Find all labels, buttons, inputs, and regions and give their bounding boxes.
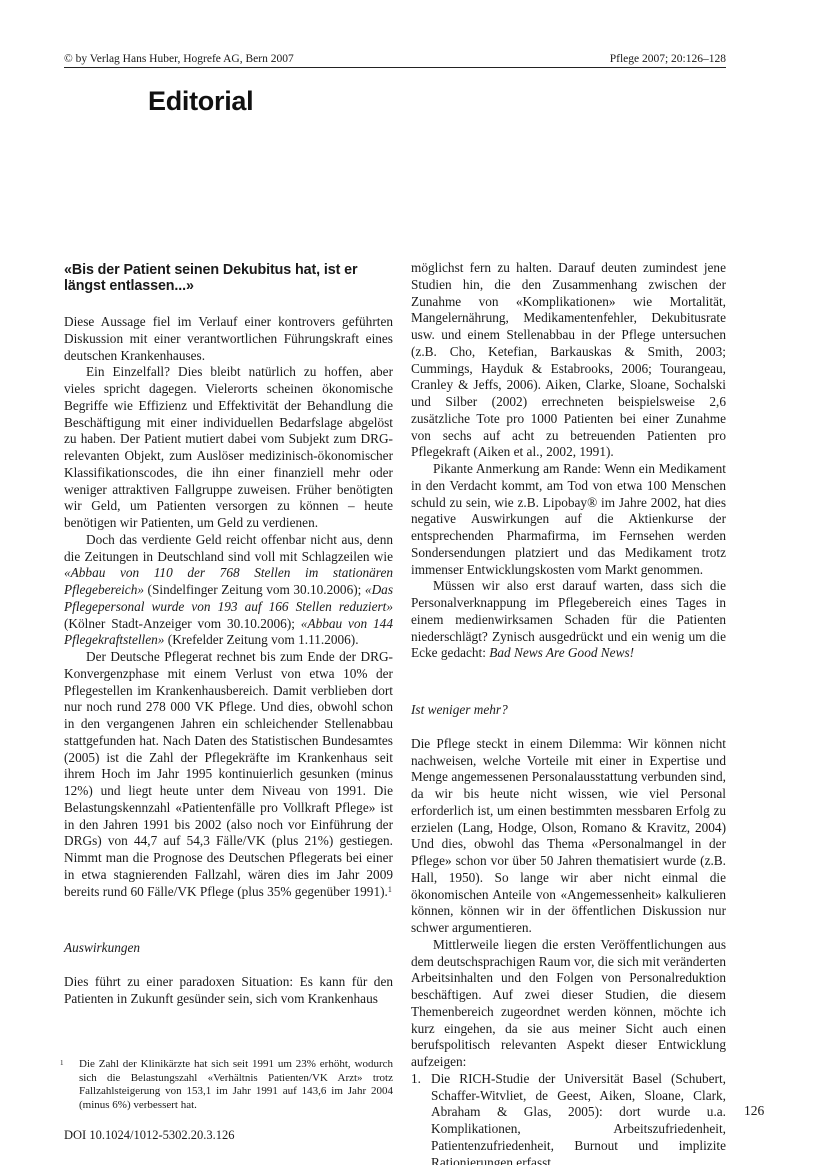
text: (Krefelder Zeitung vom 1.11.2006). [164, 632, 358, 647]
right-column: möglichst fern zu halten. Darauf deuten … [411, 260, 726, 1165]
paragraph: Mittlerweile liegen die ersten Veröffent… [411, 937, 726, 1071]
footnote-text: Die Zahl der Klinikärzte hat sich seit 1… [79, 1058, 393, 1112]
paragraph: Ein Einzelfall? Dies bleibt natürlich zu… [64, 364, 393, 532]
paragraph: möglichst fern zu halten. Darauf deuten … [411, 260, 726, 461]
list-item: 1.Die RICH-Studie der Universität Basel … [411, 1071, 726, 1165]
text: Der Deutsche Pflegerat rechnet bis zum E… [64, 649, 393, 899]
paragraph: Die Pflege steckt in einem Dilemma: Wir … [411, 736, 726, 937]
page-title: Editorial [148, 86, 253, 117]
study-list: 1.Die RICH-Studie der Universität Basel … [411, 1071, 726, 1165]
article-heading: «Bis der Patient seinen Dekubitus hat, i… [64, 262, 393, 294]
running-header: © by Verlag Hans Huber, Hogrefe AG, Bern… [64, 51, 726, 68]
copyright-notice: © by Verlag Hans Huber, Hogrefe AG, Bern… [64, 52, 294, 66]
text: (Kölner Stadt-Anzeiger vom 30.10.2006); [64, 616, 301, 631]
paragraph: Der Deutsche Pflegerat rechnet bis zum E… [64, 649, 393, 900]
footnote: 1 Die Zahl der Klinikärzte hat sich seit… [64, 1058, 393, 1112]
list-number: 1. [411, 1071, 421, 1088]
left-column: «Bis der Patient seinen Dekubitus hat, i… [64, 262, 393, 1008]
paragraph: Dies führt zu einer paradoxen Situation:… [64, 974, 393, 1008]
paragraph: Diese Aussage fiel im Verlauf einer kont… [64, 314, 393, 364]
footnote-marker: 1 [60, 1057, 64, 1071]
text: (Sindelfinger Zeitung vom 30.10.2006); [144, 582, 365, 597]
emphasis: Bad News Are Good News! [489, 645, 634, 660]
section-heading: Ist weniger mehr? [411, 702, 726, 719]
paragraph: Doch das verdiente Geld reicht offenbar … [64, 532, 393, 649]
section-heading: Auswirkungen [64, 940, 393, 957]
footnote-reference[interactable]: 1 [388, 885, 392, 894]
paragraph: Pikante Anmerkung am Rande: Wenn ein Med… [411, 461, 726, 578]
list-text: Die RICH-Studie der Universität Basel (S… [431, 1071, 726, 1165]
doi[interactable]: DOI 10.1024/1012-5302.20.3.126 [64, 1128, 234, 1143]
page-number: 126 [744, 1103, 764, 1119]
text: Doch das verdiente Geld reicht offenbar … [64, 532, 393, 564]
paragraph: Müssen wir also erst darauf warten, dass… [411, 578, 726, 662]
journal-citation: Pflege 2007; 20:126–128 [610, 52, 726, 66]
